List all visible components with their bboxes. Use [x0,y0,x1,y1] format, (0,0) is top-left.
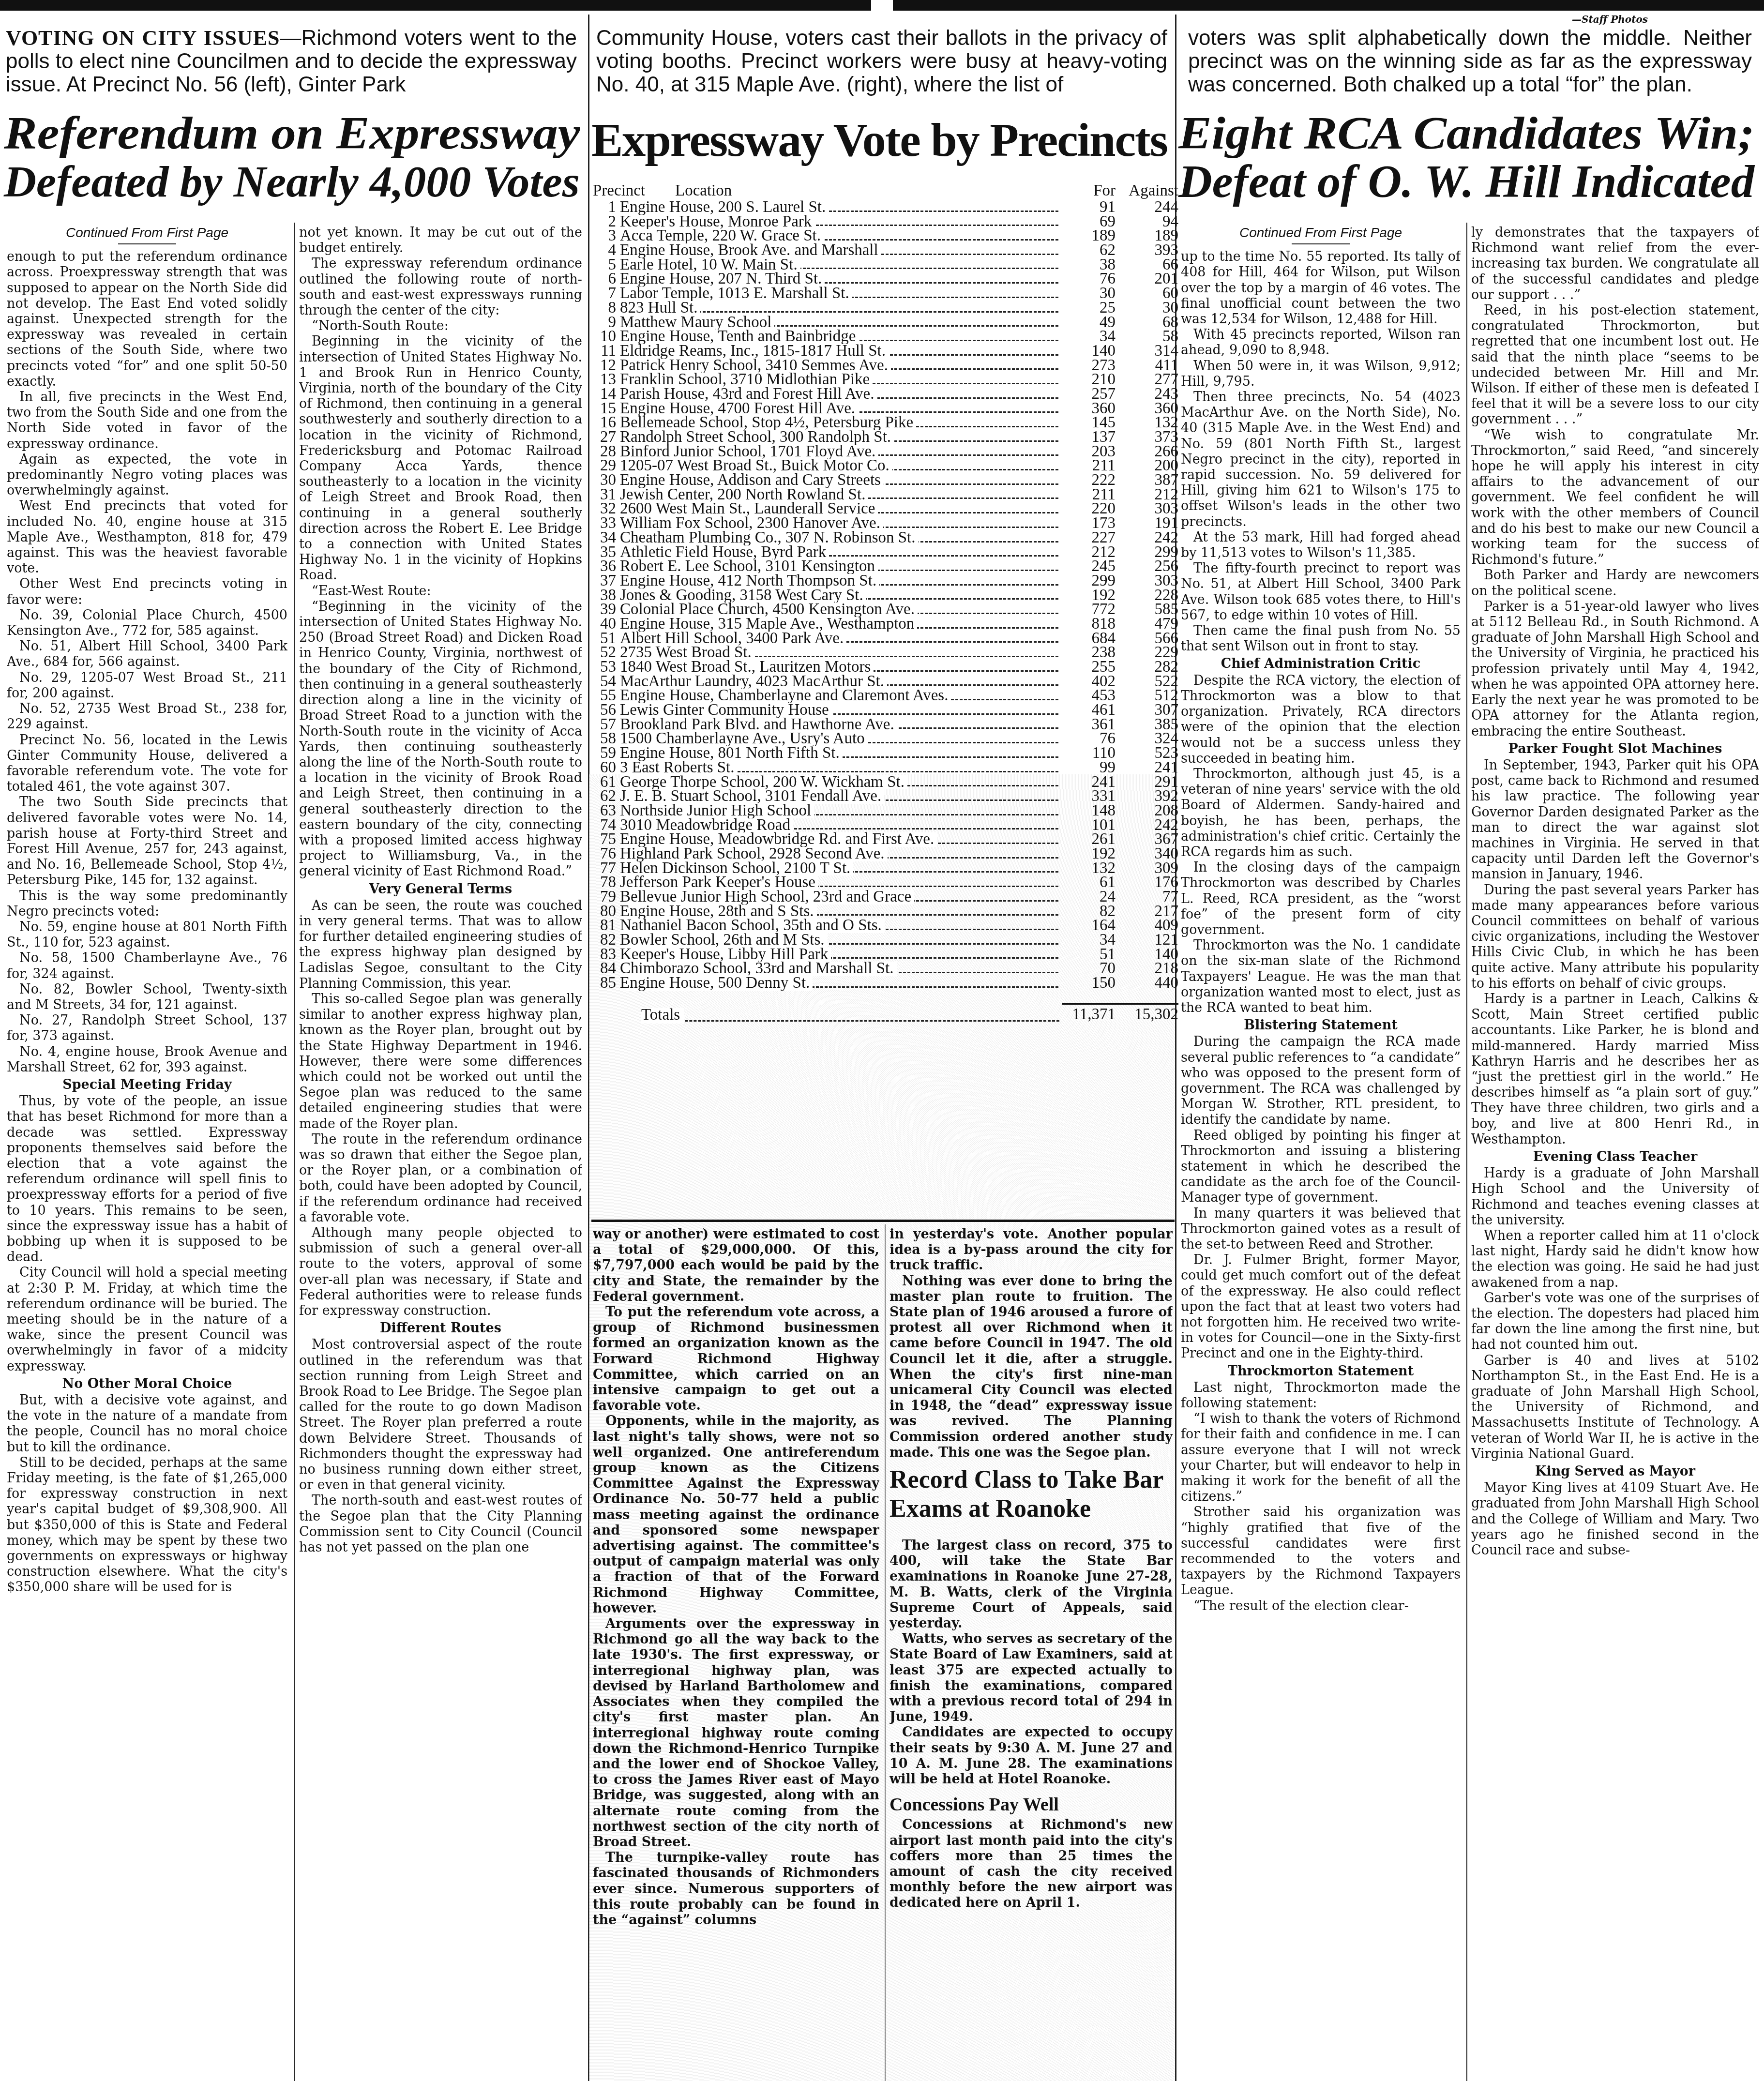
table-row: 14Parish House, 43rd and Forest Hill Ave… [593,387,1178,402]
subheading: Blistering Statement [1181,1018,1461,1033]
precinct-location: Bowler School, 26th and M Sts. [620,933,1062,948]
precinct-location: Cheatham Plumbing Co., 307 N. Robinson S… [620,531,1062,545]
precinct-location-text: Keeper's House, Libby Hill Park [620,948,831,962]
precinct-location: Engine House, 500 Denny St. [620,976,1062,991]
precinct-location: Randolph Street School, 300 Randolph St. [620,430,1062,445]
precinct-location: Jewish Center, 200 North Rowland St. [620,488,1062,502]
table-row: 55Engine House, Chamberlayne and Claremo… [593,689,1178,703]
photo-edge [0,0,1764,11]
precinct-location: Engine House, Tenth and Bainbridge [620,330,1062,344]
paragraph: Last night, Throckmorton made the follow… [1181,1380,1461,1411]
precinct-location-text: 2600 West Main St., Launderall Service [620,502,878,516]
precinct-location-text: 1500 Chamberlayne Ave., Usry's Auto [620,732,868,746]
precinct-location: Colonial Place Church, 4500 Kensington A… [620,603,1062,617]
paragraph: Still to be decided, perhaps at the same… [7,1455,287,1596]
table-row: 38Jones & Gooding, 3158 West Cary St.192… [593,588,1178,603]
paragraph: Strother said his organization was “high… [1181,1505,1461,1598]
precinct-location-text: 823 Hull St. [620,301,700,316]
precinct-location: Engine House, 207 N. Third St. [620,272,1062,287]
precinct-location: 1205-07 West Broad St., Buick Motor Co. [620,459,1062,473]
table-row: 743010 Meadowbridge Road101242 [593,818,1178,833]
precinct-location: Jones & Gooding, 3158 West Cary St. [620,588,1062,603]
precinct-location: Franklin School, 3710 Midlothian Pike [620,373,1062,387]
header-precinct: Precinct [593,184,675,200]
headline-left-line2: Defeated by Nearly 4,000 Votes [4,157,580,206]
table-row: 62J. E. B. Stuart School, 3101 Fendall A… [593,789,1178,804]
paragraph: way or another) were estimated to cost a… [593,1227,879,1305]
table-row: 13Franklin School, 3710 Midlothian Pike2… [593,373,1178,387]
precinct-location: Athletic Field House, Byrd Park [620,545,1062,560]
precinct-location: Engine House, 4700 Forest Hill Ave. [620,402,1062,416]
precinct-location: Engine House, Addison and Cary Streets [620,473,1062,488]
table-row: 581500 Chamberlayne Ave., Usry's Auto763… [593,732,1178,746]
paragraph: During the campaign the RCA made several… [1181,1034,1461,1128]
precinct-location: Jefferson Park Keeper's House [620,875,1062,890]
totals-label-text: Totals [641,1008,684,1024]
totals-label: Totals [593,1008,1062,1025]
precinct-location: Binford Junior School, 1701 Floyd Ave. [620,445,1062,459]
precinct-location-text: Parish House, 43rd and Forest Hill Ave. [620,387,877,402]
precinct-location: Engine House, 315 Maple Ave., Westhampto… [620,617,1062,632]
paragraph: Again as expected, the vote in predomina… [7,452,287,499]
precinct-location-text: Binford Junior School, 1701 Floyd Ave. [620,445,878,459]
paragraph: In September, 1943, Parker quit his OPA … [1471,758,1759,883]
precinct-location: 2735 West Broad St. [620,646,1062,660]
paragraph: The turnpike-valley route has fascinated… [593,1850,879,1928]
table-row: 77Helen Dickinson School, 2100 T St.1323… [593,861,1178,876]
table-row: 15Engine House, 4700 Forest Hill Ave.360… [593,402,1178,416]
precinct-vote-table: Precinct Location For Against 1Engine Ho… [593,184,1178,1025]
headline-right-line2: Defeat of O. W. Hill Indicated [1178,157,1754,206]
article-center-column-2: in yesterday's vote. Another popular ide… [890,1227,1173,2081]
subheading: King Served as Mayor [1471,1464,1759,1479]
votes-for: 150 [1062,976,1116,991]
paragraph: in yesterday's vote. Another popular ide… [890,1227,1173,1274]
precinct-location-text: Engine House, Addison and Cary Streets [620,473,884,488]
precinct-location-text: Jones & Gooding, 3158 West Cary St. [620,588,866,603]
totals-against: 15,302 [1116,1003,1178,1025]
table-row: 9Matthew Maury School4968 [593,316,1178,330]
subheading: Different Routes [299,1321,582,1336]
headline-left: Referendum on Expressway Defeated by Nea… [4,109,585,213]
precinct-location-text: Lewis Ginter Community House [620,703,832,718]
paragraph: Nothing was ever done to bring the maste… [890,1274,1173,1461]
precinct-location-text: Engine House, Chamberlayne and Claremont… [620,689,951,703]
article-center-column-1: way or another) were estimated to cost a… [593,1227,879,2081]
paragraph: The two South Side precincts that delive… [7,795,287,888]
precinct-location-text: Franklin School, 3710 Midlothian Pike [620,373,873,387]
table-row: 82Bowler School, 26th and M Sts.34121 [593,933,1178,948]
column-rule [1466,223,1467,2081]
precinct-location: Helen Dickinson School, 2100 T St. [620,861,1062,876]
paragraph: But, with a decisive vote against, and t… [7,1393,287,1455]
table-row: 39Colonial Place Church, 4500 Kensington… [593,603,1178,617]
table-row: 54MacArthur Laundry, 4023 MacArthur St.4… [593,675,1178,689]
precinct-location-text: Engine House, 801 North Fifth St. [620,746,843,761]
table-header: Precinct Location For Against [593,184,1178,200]
paragraph: Opponents, while in the majority, as las… [593,1414,879,1616]
precinct-location-text: Bowler School, 26th and M Sts. [620,933,828,948]
precinct-location: Eldridge Reams, Inc., 1815-1817 Hull St. [620,344,1062,359]
precinct-location: Chimborazo School, 33rd and Marshall St. [620,962,1062,976]
paragraph: Both Parker and Hardy are newcomers on t… [1471,568,1759,599]
header-for: For [1062,184,1116,200]
precinct-location-text: Jewish Center, 200 North Rowland St. [620,488,868,502]
table-row: 8823 Hull St.2530 [593,301,1178,316]
precinct-location: Engine House, Brook Ave. and Marshall [620,243,1062,258]
paragraph: Mayor King lives at 4109 Stuart Ave. He … [1471,1480,1759,1558]
paragraph: In all, five precincts in the West End, … [7,390,287,452]
table-totals-row: Totals 11,371 15,302 [593,1008,1178,1025]
paragraph: When 50 were in, it was Wilson, 9,912; H… [1181,359,1461,390]
paragraph: This is the way some predominantly Negro… [7,889,287,920]
paragraph: To put the referendum vote across, a gro… [593,1305,879,1414]
precinct-location-text: Engine House, 4700 Forest Hill Ave. [620,402,858,416]
paragraph: No. 52, 2735 West Broad St., 238 for, 22… [7,701,287,732]
precinct-location: Engine House, Chamberlayne and Claremont… [620,689,1062,703]
paragraph: Arguments over the expressway in Richmon… [593,1616,879,1850]
precinct-location: Engine House, 200 S. Laurel St. [620,200,1062,215]
paragraph: Although many people objected to submiss… [299,1225,582,1319]
paragraph: West End precincts that voted for includ… [7,498,287,576]
table-row: 63Northside Junior High School148208 [593,804,1178,818]
story-headline: Record Class to Take Bar Exams at Roanok… [890,1465,1173,1523]
precinct-location-text: 2735 West Broad St. [620,646,754,660]
precinct-location: 823 Hull St. [620,301,1062,316]
precinct-location-text: Engine House, 207 N. Third St. [620,272,825,287]
headline-left-line1: Referendum on Expressway [4,109,580,157]
table-row: 33William Fox School, 2300 Hanover Ave.1… [593,516,1178,531]
table-row: 76Highland Park School, 2928 Second Ave.… [593,847,1178,861]
photo-caption-center: Community House, voters cast their ballo… [596,27,1167,99]
precinct-location-text: George Thorpe School, 200 W. Wickham St. [620,775,907,790]
precinct-location-text: Eldridge Reams, Inc., 1815-1817 Hull St. [620,344,889,359]
paragraph: The fifty-fourth precinct to report was … [1181,561,1461,623]
precinct-location: Patrick Henry School, 3410 Semmes Ave. [620,359,1062,373]
precinct-location: Albert Hill School, 3400 Park Ave. [620,632,1062,646]
continued-label: Continued From First Page [7,225,287,244]
precinct-location: Brookland Park Blvd. and Hawthorne Ave. [620,718,1062,732]
article-right-column-2: ly demonstrates that the taxpayers of Ri… [1471,225,1759,2081]
precinct-location-text: Chimborazo School, 33rd and Marshall St. [620,962,897,976]
paragraph: not yet known. It may be cut out of the … [299,225,582,256]
paragraph: ly demonstrates that the taxpayers of Ri… [1471,225,1759,303]
precinct-location-text: Acca Temple, 220 W. Grace St. [620,229,824,243]
table-row: 3Acca Temple, 220 W. Grace St.189189 [593,229,1178,243]
table-row: 75Engine House, Meadowbridge Rd. and Fir… [593,832,1178,847]
paragraph: up to the time No. 55 reported. Its tall… [1181,249,1461,327]
precinct-location: 1500 Chamberlayne Ave., Usry's Auto [620,732,1062,746]
precinct-location-text: J. E. B. Stuart School, 3101 Fendall Ave… [620,789,884,804]
precinct-location-text: Labor Temple, 1013 E. Marshall St. [620,287,852,301]
paragraph: The largest class on record, 375 to 400,… [890,1538,1173,1631]
precinct-location: Engine House, Meadowbridge Rd. and First… [620,832,1062,847]
precinct-location: Parish House, 43rd and Forest Hill Ave. [620,387,1062,402]
header-location: Location [675,184,1062,200]
table-row: 81Nathaniel Bacon School, 35th and O Sts… [593,919,1178,933]
precinct-number: 85 [593,976,620,991]
precinct-location-text: Engine House, Brook Ave. and Marshall [620,243,881,258]
paragraph: Other West End precincts voting in favor… [7,576,287,607]
table-row: 84Chimborazo School, 33rd and Marshall S… [593,962,1178,976]
precinct-location-text: Engine House, Meadowbridge Rd. and First… [620,832,937,847]
paragraph: In the closing days of the campaign Thro… [1181,860,1461,938]
precinct-location-text: Helen Dickinson School, 2100 T St. [620,861,853,876]
paragraph: Garber is 40 and lives at 5102 Northampt… [1471,1353,1759,1462]
precinct-location: 1840 West Broad St., Lauritzen Motors [620,660,1062,675]
precinct-location: William Fox School, 2300 Hanover Ave. [620,516,1062,531]
story-headline: Concessions Pay Well [890,1794,1173,1815]
paragraph: As can be seen, the route was couched in… [299,898,582,992]
precinct-location: Keeper's House, Monroe Park [620,215,1062,229]
paragraph: The north-south and east-west routes of … [299,1493,582,1555]
precinct-location-text: Engine House, 315 Maple Ave., Westhampto… [620,617,917,632]
paragraph: Hardy is a partner in Leach, Calkins & S… [1471,992,1759,1147]
paragraph: Reed, in his post-election statement, co… [1471,303,1759,428]
column-rule [294,223,295,2081]
precinct-location-text: Earle Hotel, 10 W. Main St. [620,258,800,272]
precinct-location-text: Robert E. Lee School, 3101 Kensington [620,559,878,574]
precinct-location: Bellemeade School, Stop 4½, Petersburg P… [620,416,1062,430]
precinct-location: Nathaniel Bacon School, 35th and O Sts. [620,919,1062,933]
precinct-location: Acca Temple, 220 W. Grace St. [620,229,1062,243]
precinct-location-text: Bellemeade School, Stop 4½, Petersburg P… [620,416,916,430]
precinct-location-text: Patrick Henry School, 3410 Semmes Ave. [620,359,891,373]
caption-lead: VOTING ON CITY ISSUES [6,26,280,50]
precinct-location-text: Matthew Maury School [620,316,774,330]
paragraph: No. 39, Colonial Place Church, 4500 Kens… [7,608,287,639]
precinct-location: Bellevue Junior High School, 23rd and Gr… [620,890,1062,905]
table-row: 40Engine House, 315 Maple Ave., Westhamp… [593,617,1178,632]
paragraph: Then came the final push from No. 55 tha… [1181,623,1461,654]
paragraph: When a reporter called him at 11 o'clock… [1471,1228,1759,1291]
paragraph: Dr. J. Fulmer Bright, former Mayor, coul… [1181,1252,1461,1361]
table-row: 30Engine House, Addison and Cary Streets… [593,473,1178,488]
precinct-location: George Thorpe School, 200 W. Wickham St. [620,775,1062,790]
table-row: 12Patrick Henry School, 3410 Semmes Ave.… [593,359,1178,373]
precinct-location-text: MacArthur Laundry, 4023 MacArthur St. [620,675,887,689]
caption-text-3: voters was split alphabetically down the… [1188,26,1752,96]
photo-gap [871,0,893,11]
paragraph: “I wish to thank the voters of Richmond … [1181,1411,1461,1505]
table-row: 80Engine House, 28th and S Sts.82217 [593,905,1178,919]
precinct-location: Earle Hotel, 10 W. Main St. [620,258,1062,272]
subheading: No Other Moral Choice [7,1376,287,1392]
precinct-location: 3 East Roberts St. [620,761,1062,775]
precinct-location: Robert E. Lee School, 3101 Kensington [620,559,1062,574]
paragraph: City Council will hold a special meeting… [7,1265,287,1374]
paragraph: Reed obliged by pointing his finger at T… [1181,1128,1461,1206]
article-left-column-1: Continued From First Page enough to put … [7,225,287,2081]
table-row: 61George Thorpe School, 200 W. Wickham S… [593,775,1178,790]
table-row: 36Robert E. Lee School, 3101 Kensington2… [593,559,1178,574]
table-row: 59Engine House, 801 North Fifth St.11052… [593,746,1178,761]
precinct-location: 2600 West Main St., Launderall Service [620,502,1062,516]
paragraph: This so-called Segoe plan was generally … [299,992,582,1132]
subheading: Very General Terms [299,882,582,897]
precinct-location-text: Northside Junior High School [620,804,814,818]
headline-right-line1: Eight RCA Candidates Win; [1178,109,1754,157]
precinct-location-text: Brookland Park Blvd. and Hawthorne Ave. [620,718,897,732]
paragraph: Candidates are expected to occupy their … [890,1725,1173,1787]
paragraph: Concessions at Richmond's new airport la… [890,1817,1173,1911]
paragraph: No. 51, Albert Hill School, 3400 Park Av… [7,639,287,670]
table-bottom-rule [591,1220,1175,1222]
table-row: 57Brookland Park Blvd. and Hawthorne Ave… [593,718,1178,732]
table-row: 522735 West Broad St.238229 [593,646,1178,660]
photo-caption-right: voters was split alphabetically down the… [1188,27,1752,99]
precinct-location: Labor Temple, 1013 E. Marshall St. [620,287,1062,301]
headline-center-text: Expressway Vote by Precincts [591,116,1167,165]
paragraph: No. 29, 1205-07 West Broad St., 211 for,… [7,670,287,701]
precinct-location: MacArthur Laundry, 4023 MacArthur St. [620,675,1062,689]
precinct-location-text: Engine House, 28th and S Sts. [620,905,817,919]
precinct-location-text: 3 East Roberts St. [620,761,738,775]
table-row: 83Keeper's House, Libby Hill Park51140 [593,948,1178,962]
paragraph: Throckmorton, although just 45, is a vet… [1181,767,1461,860]
paragraph: No. 59, engine house at 801 North Fifth … [7,920,287,950]
subheading: Parker Fought Slot Machines [1471,741,1759,757]
precinct-location: Engine House, 412 North Thompson St. [620,574,1062,588]
article-left-column-2: not yet known. It may be cut out of the … [299,225,582,2081]
totals-for: 11,371 [1062,1003,1116,1025]
paragraph: enough to put the referendum ordinance a… [7,249,287,390]
paragraph: “Beginning in the vicinity of the inters… [299,599,582,880]
table-row: 2Keeper's House, Monroe Park6994 [593,215,1178,229]
paragraph: Thus, by vote of the people, an issue th… [7,1094,287,1265]
paragraph: No. 27, Randolph Street School, 137 for,… [7,1013,287,1044]
table-row: 603 East Roberts St.99241 [593,761,1178,775]
precinct-location-text: Bellevue Junior High School, 23rd and Gr… [620,890,914,905]
article-right-column-1: Continued From First Page up to the time… [1181,225,1461,2081]
precinct-location: Engine House, 28th and S Sts. [620,905,1062,919]
table-row: 35Athletic Field House, Byrd Park212299 [593,545,1178,560]
precinct-location: Engine House, 801 North Fifth St. [620,746,1062,761]
paragraph: Watts, who serves as secretary of the St… [890,1631,1173,1725]
header-against: Against [1116,184,1178,200]
precinct-location-text: Nathaniel Bacon School, 35th and O Sts. [620,919,885,933]
precinct-location-text: Albert Hill School, 3400 Park Ave. [620,632,846,646]
paragraph: “East-West Route: [299,584,582,599]
subheading: Special Meeting Friday [7,1077,287,1093]
table-row: 37Engine House, 412 North Thompson St.29… [593,574,1178,588]
precinct-location-text: Engine House, 200 S. Laurel St. [620,200,829,215]
paragraph: Beginning in the vicinity of the interse… [299,334,582,583]
precinct-location: Highland Park School, 2928 Second Ave. [620,847,1062,861]
photo-caption-left: VOTING ON CITY ISSUES—Richmond voters we… [6,27,577,99]
table-row: 11Eldridge Reams, Inc., 1815-1817 Hull S… [593,344,1178,359]
paragraph: “North-South Route: [299,318,582,334]
paragraph: No. 4, engine house, Brook Avenue and Ma… [7,1044,287,1075]
precinct-location-text: Colonial Place Church, 4500 Kensington A… [620,603,918,617]
precinct-location-text: Athletic Field House, Byrd Park [620,545,829,560]
continued-label: Continued From First Page [1181,225,1461,244]
precinct-location-text: William Fox School, 2300 Hanover Ave. [620,516,883,531]
precinct-location: J. E. B. Stuart School, 3101 Fendall Ave… [620,789,1062,804]
precinct-location: Matthew Maury School [620,316,1062,330]
headline-right: Eight RCA Candidates Win; Defeat of O. W… [1178,109,1759,213]
precinct-location-text: 1205-07 West Broad St., Buick Motor Co. [620,459,892,473]
paragraph: Then three precincts, No. 54 (4023 MacAr… [1181,390,1461,530]
paragraph: In many quarters it was believed that Th… [1181,1206,1461,1253]
paragraph: The route in the referendum ordinance wa… [299,1132,582,1225]
table-row: 6Engine House, 207 N. Third St.76201 [593,272,1178,287]
table-row: 78Jefferson Park Keeper's House61176 [593,875,1178,890]
table-row: 1Engine House, 200 S. Laurel St.91244 [593,200,1178,215]
paragraph: At the 53 mark, Hill had forged ahead by… [1181,530,1461,561]
precinct-location-text: Engine House, Tenth and Bainbridge [620,330,859,344]
paragraph: Precinct No. 56, located in the Lewis Gi… [7,733,287,795]
paragraph: Most controversial aspect of the route o… [299,1337,582,1493]
paragraph: Despite the RCA victory, the election of… [1181,673,1461,767]
table-row: 79Bellevue Junior High School, 23rd and … [593,890,1178,905]
table-row: 27Randolph Street School, 300 Randolph S… [593,430,1178,445]
subheading: Chief Administration Critic [1181,656,1461,672]
precinct-location: Keeper's House, Libby Hill Park [620,948,1062,962]
paragraph: Hardy is a graduate of John Marshall Hig… [1471,1166,1759,1228]
precinct-location-text: Highland Park School, 2928 Second Ave. [620,847,888,861]
table-row: 56Lewis Ginter Community House461307 [593,703,1178,718]
precinct-location-text: Randolph Street School, 300 Randolph St. [620,430,894,445]
precinct-location-text: Engine House, 412 North Thompson St. [620,574,879,588]
precinct-location-text: 3010 Meadowbridge Road [620,818,793,833]
caption-text-2: Community House, voters cast their ballo… [596,26,1167,96]
paragraph: During the past several years Parker has… [1471,883,1759,992]
table-row: 10Engine House, Tenth and Bainbridge3458 [593,330,1178,344]
subheading: Evening Class Teacher [1471,1149,1759,1165]
paragraph: “The result of the election clear- [1181,1598,1461,1614]
precinct-location-text: Engine House, 500 Denny St. [620,976,813,991]
table-row: 7Labor Temple, 1013 E. Marshall St.3060 [593,287,1178,301]
votes-against: 440 [1116,976,1178,991]
paragraph: Garber's vote was one of the surprises o… [1471,1291,1759,1353]
table-row: 31Jewish Center, 200 North Rowland St.21… [593,488,1178,502]
precinct-location: 3010 Meadowbridge Road [620,818,1062,833]
table-row: 28Binford Junior School, 1701 Floyd Ave.… [593,445,1178,459]
paragraph: The expressway referendum ordinance outl… [299,256,582,318]
table-body: 1Engine House, 200 S. Laurel St.912442Ke… [593,200,1178,991]
table-row: 531840 West Broad St., Lauritzen Motors2… [593,660,1178,675]
photo-credit: —Staff Photos [1572,14,1648,25]
paragraph: Parker is a 51-year-old lawyer who lives… [1471,599,1759,739]
table-row: 5Earle Hotel, 10 W. Main St.3866 [593,258,1178,272]
precinct-location-text: Cheatham Plumbing Co., 307 N. Robinson S… [620,531,919,545]
table-row: 34Cheatham Plumbing Co., 307 N. Robinson… [593,531,1178,545]
paragraph: No. 58, 1500 Chamberlayne Ave., 76 for, … [7,950,287,981]
paragraph: With 45 precincts reported, Wilson ran a… [1181,327,1461,358]
precinct-location-text: 1840 West Broad St., Lauritzen Motors [620,660,874,675]
table-row: 51Albert Hill School, 3400 Park Ave.6845… [593,632,1178,646]
table-row: 322600 West Main St., Launderall Service… [593,502,1178,516]
table-row: 4Engine House, Brook Ave. and Marshall62… [593,243,1178,258]
subheading: Throckmorton Statement [1181,1364,1461,1379]
paragraph: Throckmorton was the No. 1 candidate on … [1181,938,1461,1016]
paragraph: No. 82, Bowler School, Twenty-sixth and … [7,982,287,1013]
table-row: 16Bellemeade School, Stop 4½, Petersburg… [593,416,1178,430]
precinct-location-text: Keeper's House, Monroe Park [620,215,814,229]
table-row: 85Engine House, 500 Denny St.150440 [593,976,1178,991]
precinct-location: Northside Junior High School [620,804,1062,818]
table-row: 291205-07 West Broad St., Buick Motor Co… [593,459,1178,473]
paragraph: “We wish to congratulate Mr. Throckmorto… [1471,428,1759,568]
precinct-location: Lewis Ginter Community House [620,703,1062,718]
precinct-location-text: Jefferson Park Keeper's House [620,875,818,890]
